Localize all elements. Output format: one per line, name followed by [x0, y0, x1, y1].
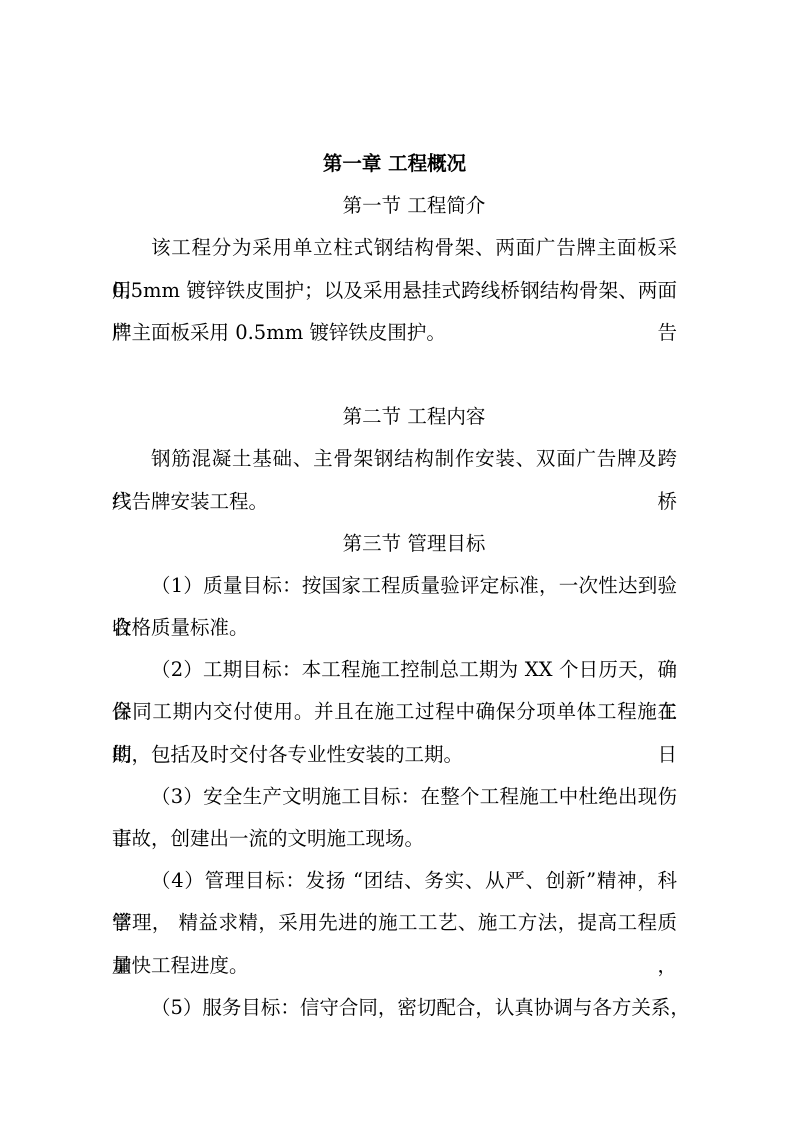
section-3-heading: 第三节 管理目标 [112, 523, 677, 565]
goal-item-1-line-1: （1）质量目标：按国家工程质量验评定标准，一次性达到验收 [112, 565, 677, 607]
section-2-paragraph-line-1: 钢筋混凝土基础、主骨架钢结构制作安装、双面广告牌及跨线桥 [112, 438, 677, 480]
section-1-heading: 第一节 工程简介 [112, 185, 677, 227]
goal-item-2-line-2: 合同工期内交付使用。并且在施工过程中确保分项单体工程施工的日 [112, 691, 677, 733]
chapter-title: 第一章 工程概况 [112, 143, 677, 185]
section-1-paragraph-line-2: 0.5mm 镀锌铁皮围护；以及采用悬挂式跨线桥钢结构骨架、两面广告 [112, 270, 677, 312]
goal-item-1-line-2: 合格质量标准。 [112, 607, 677, 649]
goal-item-4-line-1: （4）管理目标：发扬 “团结、务实、从严、创新”精神，科学 [112, 860, 677, 902]
goal-item-4-line-2: 管理， 精益求精，采用先进的施工工艺、施工方法，提高工程质量， [112, 902, 677, 944]
blank-line [112, 354, 677, 396]
section-1-paragraph-line-1: 该工程分为采用单立柱式钢结构骨架、两面广告牌主面板采用 [112, 227, 677, 269]
document-body: 第一章 工程概况 第一节 工程简介 该工程分为采用单立柱式钢结构骨架、两面广告牌… [112, 143, 677, 1029]
goal-item-3-line-2: 事故，创建出一流的文明施工现场。 [112, 818, 677, 860]
goal-item-5-line-1: （5）服务目标：信守合同，密切配合，认真协调与各方关系， [112, 987, 677, 1029]
section-2-heading: 第二节 工程内容 [112, 396, 677, 438]
goal-item-2-line-1: （2）工期目标：本工程施工控制总工期为 XX 个日历天，确保在 [112, 649, 677, 691]
document-page: 第一章 工程概况 第一节 工程简介 该工程分为采用单立柱式钢结构骨架、两面广告牌… [0, 0, 793, 1122]
goal-item-3-line-1: （3）安全生产文明施工目标：在整个工程施工中杜绝出现伤亡 [112, 776, 677, 818]
